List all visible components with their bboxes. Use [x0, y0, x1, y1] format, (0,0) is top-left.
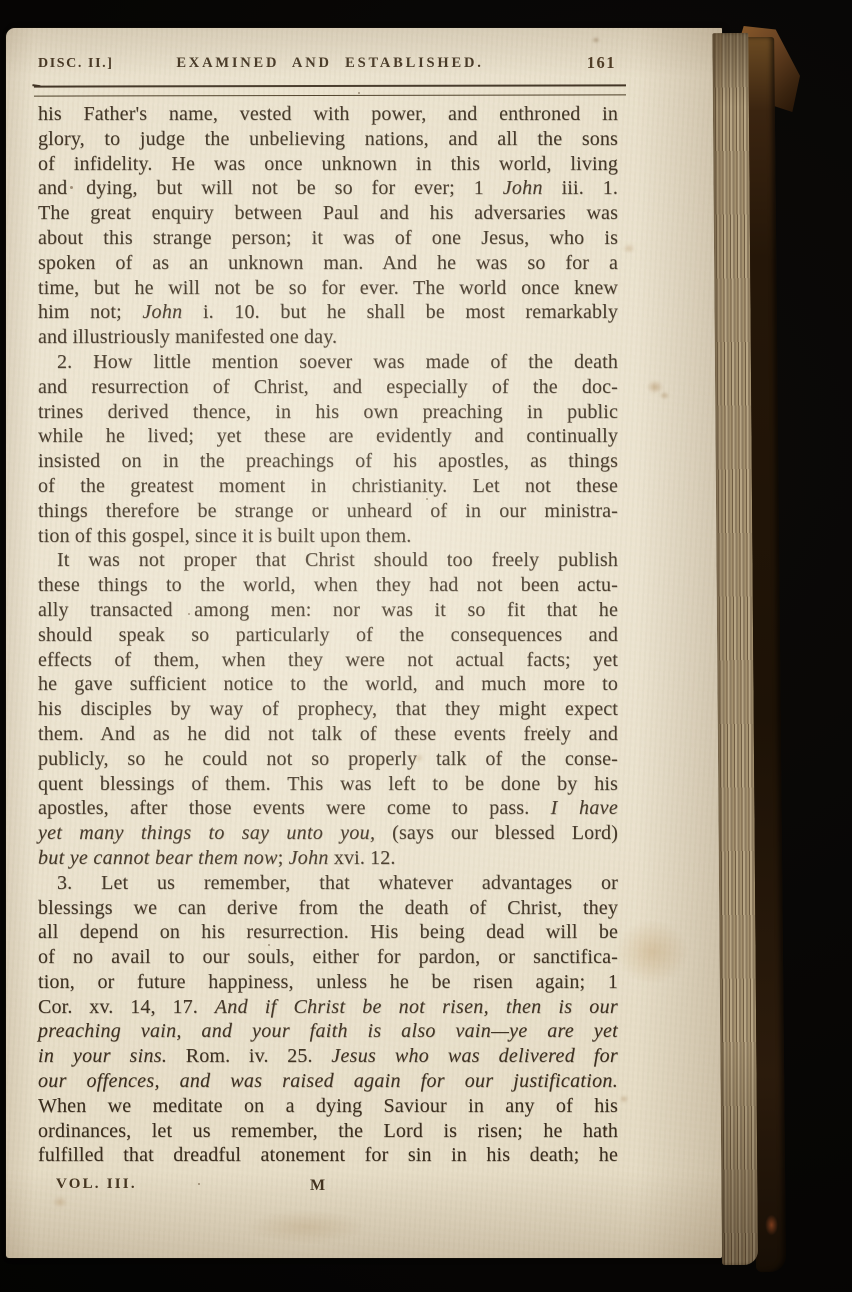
- text-line: and illustriously manifested one day.: [38, 325, 618, 350]
- text-line: 2. How little mention soever was made of…: [38, 350, 618, 375]
- text-run: effects of them, when they were not actu…: [38, 649, 618, 671]
- text-run: his disciples by way of prophecy, that t…: [38, 698, 618, 720]
- text-run: he gave sufficient notice to the world, …: [38, 673, 618, 695]
- text-run: glory, to judge the unbelieving nations,…: [38, 128, 618, 150]
- text-run: xvi. 12.: [329, 847, 396, 869]
- text-line: Cor. xv. 14, 17. And if Christ be not ri…: [38, 995, 618, 1020]
- page-footer: VOL. III. M: [38, 1174, 618, 1196]
- text-run: and illustriously manifested one day.: [38, 326, 337, 348]
- text-line: ally transacted among men: nor was it so…: [38, 598, 618, 623]
- text-run: trines derived thence, in his own preach…: [38, 401, 618, 423]
- text-line: fulfilled that dreadful atonement for si…: [38, 1143, 618, 1168]
- text-line: our offences, and was raised again for o…: [38, 1069, 618, 1094]
- text-run: publicly, so he could not so properly ta…: [38, 748, 618, 770]
- text-line: while he lived; yet these are evidently …: [38, 424, 618, 449]
- text-run: ordinances, let us remember, the Lord is…: [38, 1120, 618, 1142]
- volume-label: VOL. III.: [56, 1176, 137, 1193]
- text-line: tion of this gospel, since it is built u…: [38, 524, 618, 549]
- section-label: DISC. II.]: [38, 56, 114, 72]
- text-run: his Father's name, vested with power, an…: [38, 103, 618, 125]
- text-run: spoken of as an unknown man. And he was …: [38, 252, 618, 274]
- text-run: ally transacted among men: nor was it so…: [38, 599, 618, 621]
- italic-text-run: John: [142, 301, 182, 323]
- text-line: should speak so particularly of the cons…: [38, 623, 618, 648]
- page-number: 161: [587, 53, 616, 73]
- text-run: of no avail to our souls, either for par…: [38, 946, 618, 968]
- text-run: him not;: [38, 301, 142, 323]
- text-run: The great enquiry between Paul and his a…: [38, 202, 618, 224]
- text-run: time, but he will not be so for ever. Th…: [38, 277, 618, 299]
- text-line: he gave sufficient notice to the world, …: [38, 672, 618, 697]
- text-line: him not; John i. 10. but he shall be mos…: [38, 300, 618, 325]
- text-line: but ye cannot bear them now; John xvi. 1…: [38, 846, 618, 871]
- italic-text-run: our offences, and was raised again for o…: [38, 1070, 618, 1092]
- text-run: insisted on in the preachings of his apo…: [38, 450, 618, 472]
- text-run: and resurrection of Christ, and especial…: [38, 376, 618, 398]
- text-line: The great enquiry between Paul and his a…: [38, 201, 618, 226]
- text-run: iii. 1.: [543, 177, 618, 199]
- text-line: his Father's name, vested with power, an…: [38, 102, 618, 127]
- text-line: them. And as he did not talk of these ev…: [38, 722, 618, 747]
- text-line: tion, or future happiness, unless he be …: [38, 970, 618, 995]
- text-line: blessings we can derive from the death o…: [38, 896, 618, 921]
- text-line: 3. Let us remember, that whatever advant…: [38, 871, 618, 896]
- text-run: tion of this gospel, since it is built u…: [38, 525, 411, 547]
- text-run: should speak so particularly of the cons…: [38, 624, 618, 646]
- text-run: of the greatest moment in christianity. …: [38, 475, 618, 497]
- text-line: It was not proper that Christ should too…: [38, 548, 618, 573]
- signature-mark: M: [310, 1177, 326, 1195]
- text-run: them. And as he did not talk of these ev…: [38, 723, 618, 745]
- text-line: publicly, so he could not so properly ta…: [38, 747, 618, 772]
- italic-text-run: And if Christ be not risen, then is our: [215, 996, 618, 1018]
- text-line: spoken of as an unknown man. And he was …: [38, 251, 618, 276]
- text-run: apostles, after those events were come t…: [38, 797, 551, 819]
- text-run: quent blessings of them. This was left t…: [38, 773, 618, 795]
- text-run: things therefore be strange or unheard o…: [38, 500, 618, 522]
- text-run: all depend on his resurrection. His bein…: [38, 921, 618, 943]
- text-line: insisted on in the preachings of his apo…: [38, 449, 618, 474]
- text-line: and resurrection of Christ, and especial…: [38, 375, 618, 400]
- running-title: EXAMINED AND ESTABLISHED.: [176, 55, 483, 72]
- text-line: glory, to judge the unbelieving nations,…: [38, 127, 618, 152]
- text-line: and dying, but will not be so for ever; …: [38, 176, 618, 201]
- text-line: When we meditate on a dying Saviour in a…: [38, 1094, 618, 1119]
- italic-text-run: but ye cannot bear them now: [38, 847, 278, 869]
- book-page: DISC. II.] EXAMINED AND ESTABLISHED. 161…: [6, 28, 722, 1258]
- italic-text-run: John: [289, 847, 329, 869]
- text-line: of the greatest moment in christianity. …: [38, 474, 618, 499]
- text-run: When we meditate on a dying Saviour in a…: [38, 1095, 618, 1117]
- italic-text-run: yet many things to say unto you,: [38, 822, 375, 844]
- text-run: these things to the world, when they had…: [38, 574, 618, 596]
- text-run: blessings we can derive from the death o…: [38, 897, 618, 919]
- text-line: preaching vain, and your faith is also v…: [38, 1019, 618, 1044]
- text-line: effects of them, when they were not actu…: [38, 648, 618, 673]
- text-run: 2. How little mention soever was made of…: [57, 351, 618, 373]
- italic-text-run: in your sins.: [38, 1045, 167, 1067]
- text-line: time, but he will not be so for ever. Th…: [38, 276, 618, 301]
- text-line: trines derived thence, in his own preach…: [38, 400, 618, 425]
- cover-stain: [763, 1212, 779, 1238]
- text-run: and dying, but will not be so for ever; …: [38, 177, 503, 199]
- text-line: things therefore be strange or unheard o…: [38, 499, 618, 524]
- text-line: of infidelity. He was once unknown in th…: [38, 152, 618, 177]
- text-run: Cor. xv. 14, 17.: [38, 996, 215, 1018]
- text-run: fulfilled that dreadful atonement for si…: [38, 1144, 618, 1166]
- text-line: yet many things to say unto you, (says o…: [38, 821, 618, 846]
- italic-text-run: Jesus who was delivered for: [331, 1045, 618, 1067]
- text-line: these things to the world, when they had…: [38, 573, 618, 598]
- text-run: while he lived; yet these are evidently …: [38, 425, 618, 447]
- text-line: of no avail to our souls, either for par…: [38, 945, 618, 970]
- text-body: his Father's name, vested with power, an…: [38, 102, 618, 1168]
- text-run: ;: [278, 847, 289, 869]
- text-line: his disciples by way of prophecy, that t…: [38, 697, 618, 722]
- text-line: ordinances, let us remember, the Lord is…: [38, 1119, 618, 1144]
- text-line: all depend on his resurrection. His bein…: [38, 920, 618, 945]
- text-run: of infidelity. He was once unknown in th…: [38, 153, 618, 175]
- text-run: about this strange person; it was of one…: [38, 227, 618, 249]
- italic-text-run: I have: [551, 797, 618, 819]
- text-line: about this strange person; it was of one…: [38, 226, 618, 251]
- text-run: Rom. iv. 25.: [167, 1045, 331, 1067]
- page-header: DISC. II.] EXAMINED AND ESTABLISHED. 161: [36, 53, 624, 75]
- italic-text-run: preaching vain, and your faith is also v…: [38, 1020, 618, 1042]
- italic-text-run: John: [503, 177, 543, 199]
- text-line: quent blessings of them. This was left t…: [38, 772, 618, 797]
- book-photograph: DISC. II.] EXAMINED AND ESTABLISHED. 161…: [0, 0, 852, 1292]
- text-line: in your sins. Rom. iv. 25. Jesus who was…: [38, 1044, 618, 1069]
- text-run: 3. Let us remember, that whatever advant…: [57, 872, 618, 894]
- header-double-rule: [34, 84, 626, 96]
- text-run: i. 10. but he shall be most remarkably: [182, 301, 618, 323]
- text-run: It was not proper that Christ should too…: [57, 549, 618, 571]
- text-run: tion, or future happiness, unless he be …: [38, 971, 618, 993]
- text-line: apostles, after those events were come t…: [38, 796, 618, 821]
- printed-content: DISC. II.] EXAMINED AND ESTABLISHED. 161…: [6, 28, 722, 1258]
- text-run: (says our blessed Lord): [375, 822, 618, 844]
